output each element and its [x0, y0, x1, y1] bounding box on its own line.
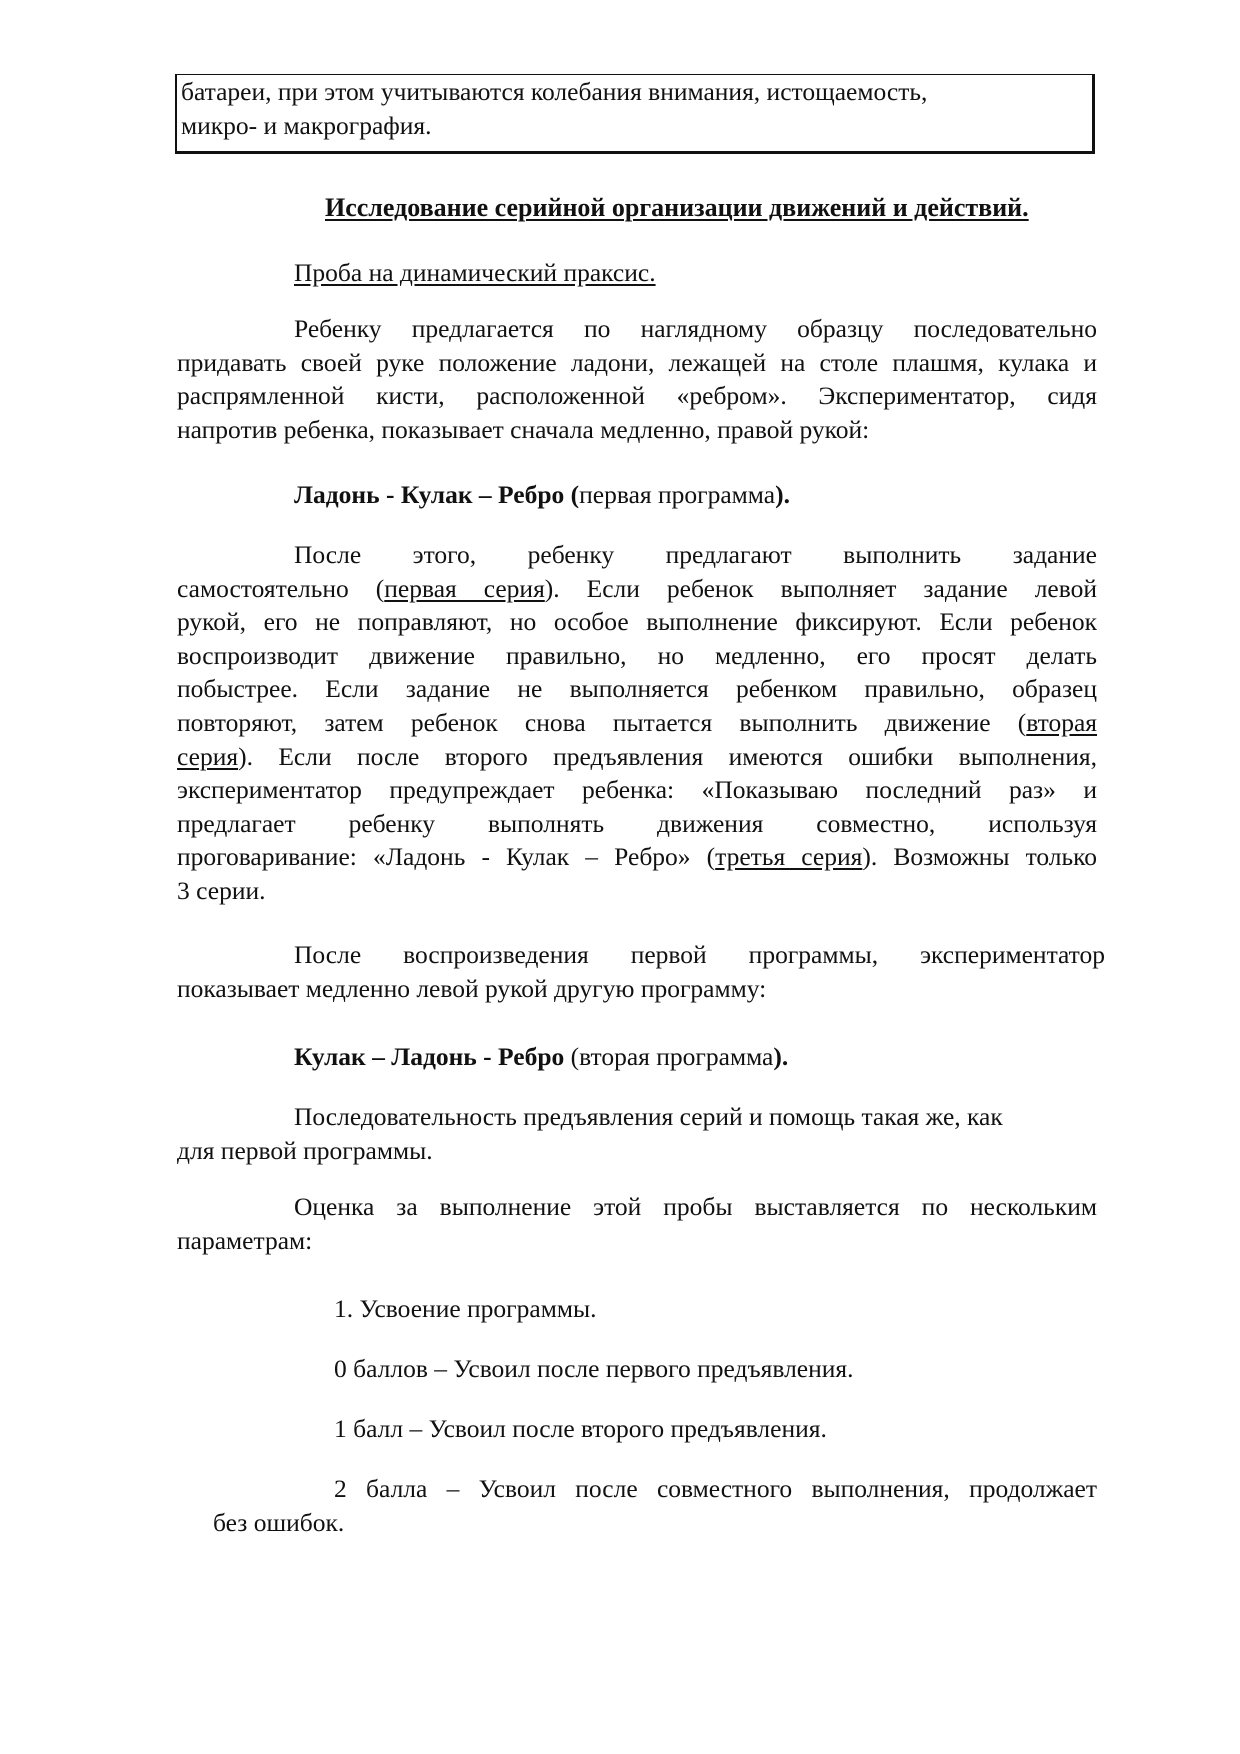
- program-2: Кулак – Ладонь - Ребро (вторая программа…: [294, 1040, 788, 1074]
- score-1-description: 1 балл – Усвоил после второго предъявлен…: [334, 1412, 827, 1446]
- paragraph-scoring-intro: Оценка за выполнение этой пробы выставля…: [177, 1190, 1097, 1257]
- paragraph-line: экспериментатор предупреждает ребенка: «…: [177, 773, 1097, 807]
- text-run: проговаривание: «Ладонь - Кулак – Ребро»…: [177, 842, 715, 871]
- paragraph-line: самостоятельно (первая серия). Если ребе…: [177, 572, 1097, 606]
- paragraph-second-program-intro: После воспроизведения первой программы, …: [177, 938, 1105, 1005]
- bordered-text-box: батареи, при этом учитываются колебания …: [175, 74, 1095, 154]
- score-2-description: 2 балла – Усвоил после совместного выпол…: [213, 1472, 1097, 1539]
- text-run: самостоятельно (: [177, 574, 384, 603]
- paragraph-line: рукой, его не поправляют, но особое выпо…: [177, 605, 1097, 639]
- third-series-term: третья серия: [715, 842, 862, 871]
- first-series-term: первая серия: [384, 574, 545, 603]
- paragraph-line: После этого, ребенку предлагают выполнит…: [177, 538, 1097, 572]
- box-line-1: батареи, при этом учитываются колебания …: [181, 75, 1088, 109]
- paragraph-sequence-note: Последовательность предъявления серий и …: [177, 1100, 1077, 1167]
- program-2-sequence: Кулак – Ладонь - Ребро: [294, 1042, 564, 1071]
- paragraph-line: распрямленной кисти, расположенной «ребр…: [177, 379, 1097, 413]
- paragraph-line: предлагает ребенку выполнять движения со…: [177, 807, 1097, 841]
- second-series-term-cont: серия: [177, 742, 238, 771]
- paragraph-series: После этого, ребенку предлагают выполнит…: [177, 538, 1097, 908]
- program-2-end: ).: [773, 1042, 788, 1071]
- paragraph-line: 2 балла – Усвоил после совместного выпол…: [213, 1472, 1097, 1506]
- program-1-end: ).: [775, 480, 790, 509]
- program-1: Ладонь - Кулак – Ребро (первая программа…: [294, 478, 790, 512]
- paragraph-line: параметрам:: [177, 1224, 1097, 1258]
- scoring-parameter-title: 1. Усвоение программы.: [334, 1292, 597, 1326]
- paragraph-line: Оценка за выполнение этой пробы выставля…: [177, 1190, 1097, 1224]
- text-run: ). Если после второго предъявления имеют…: [238, 742, 1097, 771]
- text-run: ). Возможны только: [862, 842, 1097, 871]
- paragraph-line: придавать своей руке положение ладони, л…: [177, 346, 1097, 380]
- box-line-2: микро- и макрография.: [181, 109, 1088, 143]
- paragraph-line: для первой программы.: [177, 1134, 1077, 1168]
- program-2-label: (вторая программа: [564, 1042, 773, 1071]
- subsection-heading: Проба на динамический праксис.: [294, 256, 656, 290]
- program-1-sequence: Ладонь - Кулак – Ребро (: [294, 480, 579, 509]
- score-0-description: 0 баллов – Усвоил после первого предъявл…: [334, 1352, 854, 1386]
- paragraph-intro: Ребенку предлагается по наглядному образ…: [177, 312, 1097, 446]
- second-series-term: вторая: [1026, 708, 1097, 737]
- paragraph-line: повторяют, затем ребенок снова пытается …: [177, 706, 1097, 740]
- paragraph-line: проговаривание: «Ладонь - Кулак – Ребро»…: [177, 840, 1097, 874]
- paragraph-line: 3 серии.: [177, 874, 1097, 908]
- paragraph-line: показывает медленно левой рукой другую п…: [177, 972, 1105, 1006]
- program-1-label: первая программа: [579, 480, 775, 509]
- paragraph-line: напротив ребенка, показывает сначала мед…: [177, 413, 1097, 447]
- document-page: батареи, при этом учитываются колебания …: [0, 0, 1240, 1754]
- paragraph-line: серия). Если после второго предъявления …: [177, 740, 1097, 774]
- section-heading: Исследование серийной организации движен…: [325, 191, 1029, 225]
- text-run: повторяют, затем ребенок снова пытается …: [177, 708, 1026, 737]
- paragraph-line: Ребенку предлагается по наглядному образ…: [177, 312, 1097, 346]
- paragraph-line: побыстрее. Если задание не выполняется р…: [177, 672, 1097, 706]
- paragraph-line: Последовательность предъявления серий и …: [177, 1100, 1077, 1134]
- paragraph-line: воспроизводит движение правильно, но мед…: [177, 639, 1097, 673]
- text-run: ). Если ребенок выполняет задание левой: [545, 574, 1097, 603]
- paragraph-line: без ошибок.: [213, 1506, 1097, 1540]
- paragraph-line: После воспроизведения первой программы, …: [177, 938, 1105, 972]
